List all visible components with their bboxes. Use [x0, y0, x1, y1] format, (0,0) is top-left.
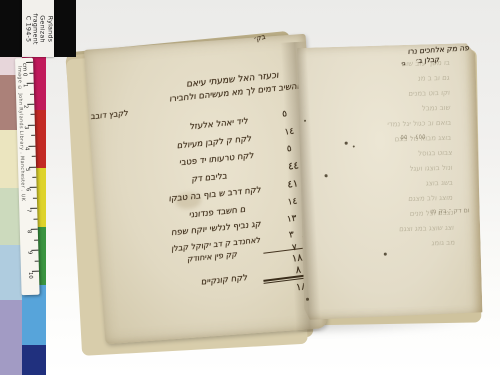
ruler-number: 9 [26, 251, 32, 255]
ruler-cm-cell: cm 0 [21, 62, 34, 83]
faint-handwriting-line: מב גומג [430, 236, 455, 252]
ruler-cm-cell: 5 [24, 166, 37, 187]
ink-speck [384, 253, 387, 256]
ruler-cm-cell: 9 [26, 250, 39, 271]
handwritten-line: ליד יאהל אלעזל [189, 116, 248, 132]
ruler-cm-cell: 4 [23, 145, 36, 166]
shelf-label-text: RylandsGenizahfragmentC 194-5 [22, 0, 54, 57]
bleed-through-text: בו משך עזב שוםגם וב ב מנוקו בוט במניםשוב… [305, 56, 454, 255]
ink-speck [325, 174, 328, 177]
faint-handwriting-line: וקו בוט במנים [408, 86, 451, 102]
ruler-tick [32, 271, 39, 272]
handwritten-line: לקבץ דובב [91, 108, 129, 121]
handwritten-line: בק׳ [253, 32, 266, 43]
handwritten-line: בליבם דק [192, 171, 228, 185]
ink-speck [304, 120, 306, 122]
ink-inscription: קבלן ב׳ [415, 56, 440, 66]
ledger-numeral: ١٤ [287, 197, 298, 208]
faint-handwriting-line: בשג בוצג [425, 176, 453, 192]
handwritten-line: לאחנדב ק דב יקוקל קבלן [171, 235, 261, 253]
ledger-numeral: ١٣ [287, 214, 298, 225]
faint-handwriting-line: מוצג ולב מצגם [408, 191, 454, 207]
faint-handwriting-line: וצג שוצג במג וצגם [399, 221, 455, 238]
ruler-cm-cell: 7 [25, 208, 38, 229]
ruler-number: cm 0 [21, 63, 27, 77]
faint-handwriting-line: ונול בוצגו ועגל [409, 161, 453, 177]
ink-speck [345, 142, 348, 145]
ruler-number: 1 [22, 84, 28, 88]
ruler-number: 7 [25, 209, 31, 213]
ruler-number: 8 [26, 230, 32, 234]
manuscript-left-page: בק׳וכעזר האל שמעתי עיאםוהשיב דמים לך מא … [84, 34, 327, 344]
ruler-cm-cell: 8 [26, 229, 39, 250]
ruler-tick [30, 208, 37, 209]
handwritten-line: קג נביף לנלשי יוקח שפח [172, 219, 262, 238]
shelf-label-line: C 194-5 [23, 0, 30, 57]
ruler-number: 10 [27, 272, 33, 279]
ruler-number: 3 [23, 126, 29, 130]
shelf-label: RylandsGenizahfragmentC 194-5 [22, 0, 54, 57]
faint-handwriting-line: צבוט בגוסל [417, 146, 452, 162]
bleed-mark: ום דק ־ בק מו [430, 206, 470, 215]
ink-inscription: פה מק אלחכים נרו [407, 43, 469, 56]
handwritten-line: לקח דרב ש בוף בה טבקו [168, 185, 261, 204]
ledger-numeral: ٤١ [287, 178, 299, 190]
manuscript-photograph: בק׳וכעזר האל שמעתי עיאםוהשיב דמים לך מא … [0, 0, 500, 375]
handwritten-line: קק פין איחודק [187, 250, 237, 264]
faint-handwriting-line: גם וב ב מנ [418, 71, 451, 87]
ink-inscription: בי [401, 61, 405, 67]
ledger-numeral: ٣ [289, 230, 295, 241]
ink-speck [306, 298, 309, 301]
ledger-numeral: ١٤ [284, 127, 295, 138]
faint-handwriting-line: שוב נמבל [421, 101, 451, 117]
ruler-cm-cell: 10 [27, 271, 40, 292]
manuscript-right-page: בו משך עזב שוםגם וב ב מנוקו בוט במניםשוב… [297, 43, 483, 320]
ink-speck [353, 145, 355, 147]
ruler-number: 6 [25, 188, 31, 192]
ledger-numeral: ٤٤ [288, 160, 300, 172]
ruler-number: 2 [22, 105, 28, 109]
ruler-cm-cell: 1 [22, 83, 35, 104]
ruler-cm-cell: 2 [22, 104, 35, 125]
handwritten-line: ם חשבד פנדונני [189, 205, 246, 221]
ledger-numeral: ٥ [282, 109, 288, 120]
bleed-mark: ٤٥٥ ٠ ٥٥ [400, 132, 425, 141]
ledger-numeral: ٥ [286, 144, 292, 155]
ruler-number: 4 [23, 147, 29, 151]
ruler-cm-cell: 3 [23, 124, 36, 145]
ruler-cm-cell: 6 [25, 187, 38, 208]
ruler-number: 5 [24, 167, 30, 171]
handwritten-line: לקח קונקיים [201, 273, 248, 288]
handwritten-line: לקח טרעותו יד פטבי [180, 151, 255, 168]
handwritten-line: לקח ק לקבן מעיולם [176, 134, 251, 151]
